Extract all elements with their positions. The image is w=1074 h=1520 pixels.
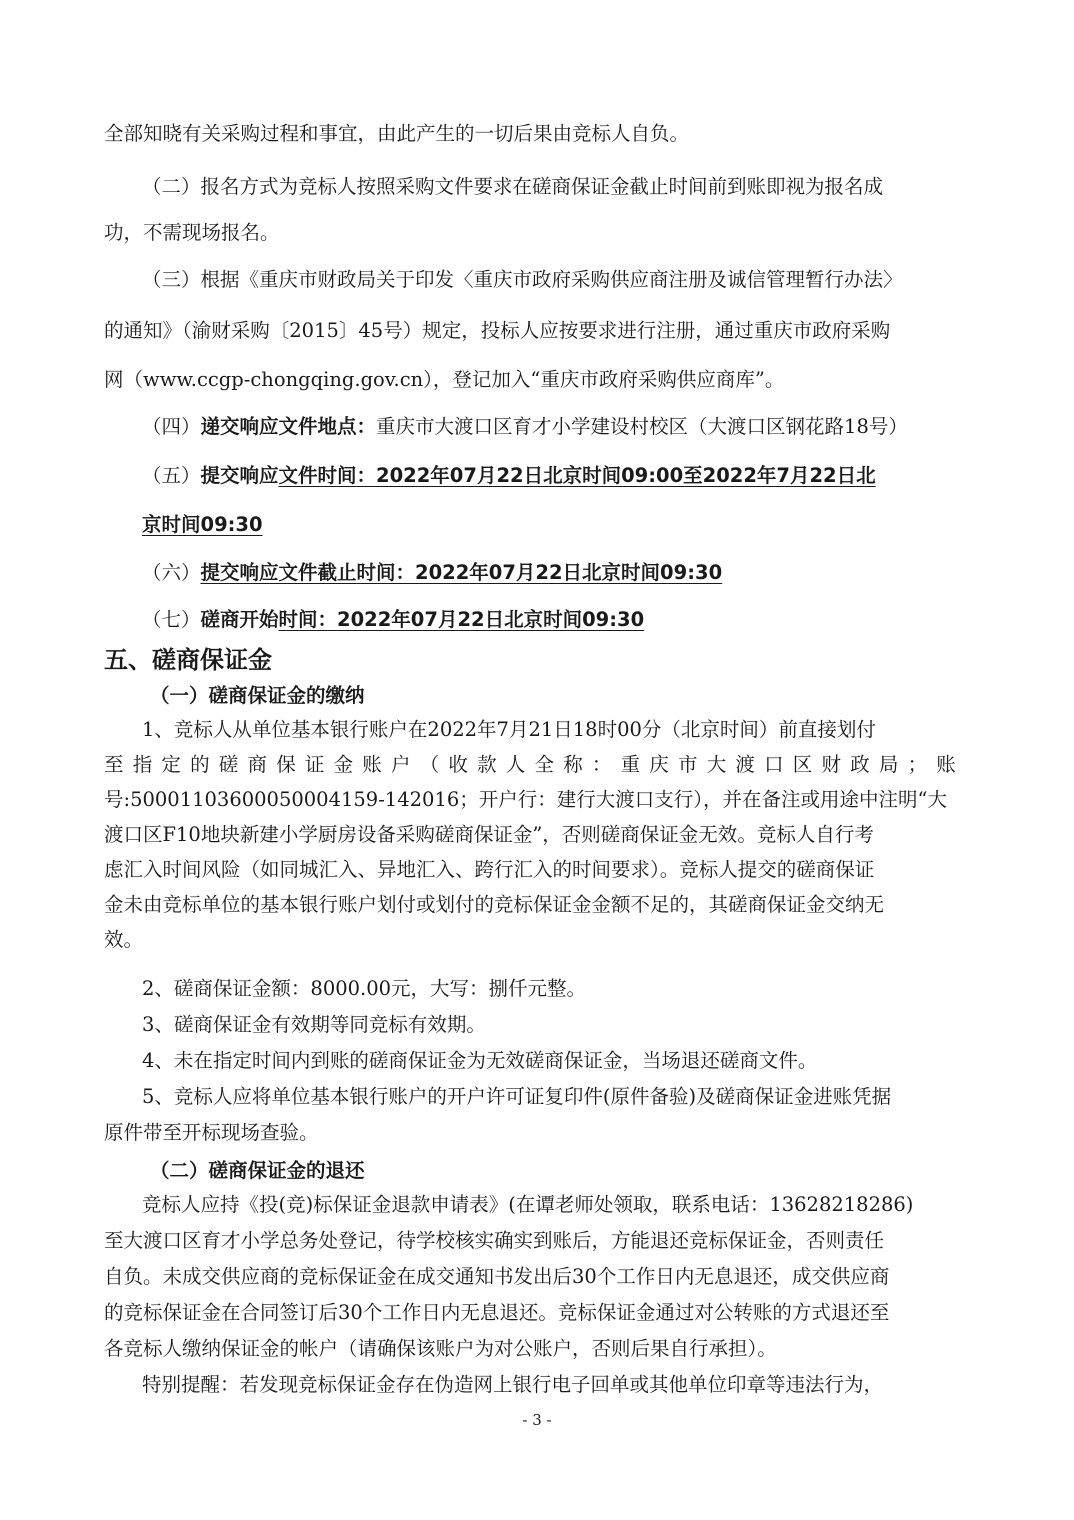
paragraph-line: 功，不需现场报名。 (104, 219, 974, 247)
paragraph-line: 全部知晓有关采购过程和事宜，由此产生的一切后果由竞标人自负。 (104, 120, 974, 148)
paragraph-line: 1、竞标人从单位基本银行账户在2022年7月21日18时00分（北京时间）前直接… (142, 716, 1012, 744)
paragraph-line: 自负。未成交供应商的竞标保证金在成交通知书发出后30个工作日内无息退还，成交供应… (104, 1263, 974, 1291)
paragraph-line: 渡口区F10地块新建小学厨房设备采购磋商保证金”，否则磋商保证金无效。竞标人自行… (104, 821, 974, 849)
paragraph-line: 4、未在指定时间内到账的磋商保证金为无效磋商保证金，当场退还磋商文件。 (142, 1047, 1012, 1075)
paragraph-line: 效。 (104, 926, 974, 954)
subsection-heading: （一）磋商保证金的缴纳 (150, 680, 365, 708)
paragraph-line: 各竞标人缴纳保证金的帐户（请确保该账户为对公账户，否则后果自行承担）。 (104, 1335, 974, 1363)
field-label: 提交响应 (201, 464, 279, 487)
paragraph-line: 的通知》（渝财采购〔2015〕45号）规定，投标人应按要求进行注册，通过重庆市政… (104, 317, 974, 345)
paragraph-line: 竞标人应持《投(竞)标保证金退款申请表》(在谭老师处领取，联系电话：136282… (142, 1191, 1012, 1219)
paragraph-line: 至指定的磋商保证金账户（收款人全称：重庆市大渡口区财政局；账 (104, 751, 974, 779)
subsection-heading: （二）磋商保证金的退还 (150, 1155, 365, 1183)
item-number: （六） (142, 561, 201, 584)
field-value: 提交响应文件截止时间：2022年07月22日北京时间09:30 (201, 561, 723, 584)
field-value: 文件时间：2022年07月22日北京时间09:00至2022年7月22日北 (279, 464, 876, 487)
item-number: （七） (142, 608, 201, 631)
field-label: 递交响应文件地点： (201, 415, 377, 438)
submission-time-line-cont: 京时间09:30 (142, 511, 1012, 539)
paragraph-line: 虑汇入时间风险（如同城汇入、异地汇入、跨行汇入的时间要求）。竞标人提交的磋商保证 (104, 856, 974, 884)
paragraph-line: 网（www.ccgp-chongqing.gov.cn），登记加入“重庆市政府采… (104, 366, 974, 394)
field-label: 磋商开始 (201, 608, 279, 631)
item-number: （五） (142, 464, 201, 487)
paragraph-line: 3、磋商保证金有效期等同竞标有效期。 (142, 1011, 1012, 1039)
paragraph-line: 号:50001103600050004159-142016；开户行：建行大渡口支… (104, 786, 974, 814)
paragraph-line: 原件带至开标现场查验。 (104, 1119, 974, 1147)
field-value: 重庆市大渡口区育才小学建设村校区（大渡口区钢花路18号） (376, 415, 908, 438)
item-number: （四） (142, 415, 201, 438)
page-number: - 3 - (0, 1411, 1074, 1429)
paragraph-line: （三）根据《重庆市财政局关于印发〈重庆市政府采购供应商注册及诚信管理暂行办法〉 (142, 266, 1012, 294)
section-heading: 五、磋商保证金 (104, 640, 272, 675)
paragraph-line: 至大渡口区育才小学总务处登记，待学校核实确实到账后，方能退还竞标保证金，否则责任 (104, 1227, 974, 1255)
paragraph-line: 的竞标保证金在合同签订后30个工作日内无息退还。竞标保证金通过对公转账的方式退还… (104, 1299, 974, 1327)
paragraph-line: 2、磋商保证金额：8000.00元，大写：捌仟元整。 (142, 975, 1012, 1003)
paragraph-line: 5、竞标人应将单位基本银行账户的开户许可证复印件(原件备验)及磋商保证金进账凭据 (142, 1083, 1012, 1111)
submission-time-line: （五）提交响应文件时间：2022年07月22日北京时间09:00至2022年7月… (142, 462, 1012, 490)
paragraph-line: 金未由竞标单位的基本银行账户划付或划付的竞标保证金金额不足的，其磋商保证金交纳无 (104, 891, 974, 919)
paragraph-line: 特别提醒：若发现竞标保证金存在伪造网上银行电子回单或其他单位印章等违法行为， (142, 1371, 1012, 1399)
field-value: 京时间09:30 (142, 513, 263, 536)
field-value: 时间：2022年07月22日北京时间09:30 (279, 608, 645, 631)
submission-location-line: （四）递交响应文件地点：重庆市大渡口区育才小学建设村校区（大渡口区钢花路18号） (142, 413, 1012, 441)
paragraph-line: （二）报名方式为竞标人按照采购文件要求在磋商保证金截止时间前到账即视为报名成 (142, 173, 1012, 201)
negotiation-start-line: （七）磋商开始时间：2022年07月22日北京时间09:30 (142, 606, 1012, 634)
deadline-line: （六）提交响应文件截止时间：2022年07月22日北京时间09:30 (142, 559, 1012, 587)
